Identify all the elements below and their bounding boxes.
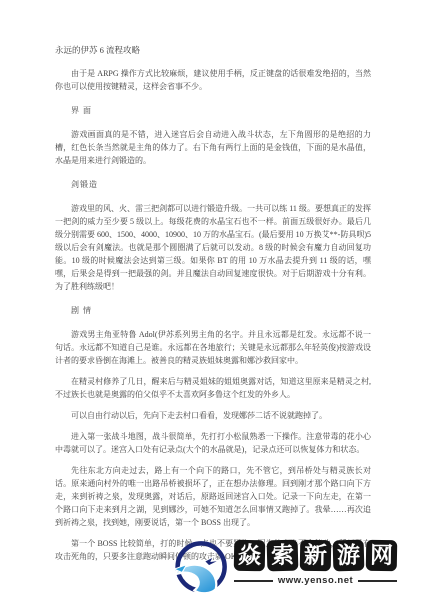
- section-heading: 界 面: [55, 104, 371, 117]
- site-url-row: www.yenso.net: [234, 575, 397, 586]
- article-paragraph: 进入第一张战斗地图，战斗很简单，先打打小松鼠熟悉一下操作。注意带毒的花小心中毒就…: [55, 430, 371, 456]
- bird-icon: [204, 557, 220, 566]
- section-heading: 剑锻造: [55, 178, 371, 191]
- article-paragraph: 游戏里的风、火、雷三把剑都可以进行锻造升级。一共可以练 11 级。要想真正的发挥…: [55, 202, 371, 293]
- article-paragraph: 游戏男主角亚特鲁 Adol(伊苏系列男主角的名字。并且永远都是红发。永远都不说一…: [55, 328, 371, 367]
- article: 永远的伊苏 6 流程攻略 由于是 ARPG 操作方式比较麻烦，建议使用手柄，反正…: [55, 44, 371, 571]
- article-blocks: 由于是 ARPG 操作方式比较麻烦，建议使用手柄，反正键盘的话很难发绝招的，当然…: [55, 67, 371, 563]
- article-paragraph: 先往东北方向走过去，路上有一个向下的路口，先不管它，到吊桥处与精灵族长对话。原来…: [55, 464, 371, 529]
- stamp-char: 网: [366, 540, 398, 572]
- stamp-char: 索: [267, 540, 299, 572]
- document-page: 永远的伊苏 6 流程攻略 由于是 ARPG 操作方式比较麻烦，建议使用手柄，反正…: [0, 0, 423, 600]
- section-heading: 剧 情: [55, 304, 371, 317]
- stamp-char: 游: [333, 540, 365, 572]
- article-paragraph: 游戏画面真的是不错，进入迷宫后会自动进入战斗状态，左下角圆形的是绝招的力槽，红色…: [55, 128, 371, 167]
- url-divider-left: [234, 580, 273, 582]
- page-title: 永远的伊苏 6 流程攻略: [55, 44, 371, 57]
- article-paragraph: 可以自由行动以后，先向下走去村口看看，发现娜莎二话不说就跑掉了。: [55, 409, 371, 422]
- url-divider-right: [358, 580, 397, 582]
- article-paragraph: 在精灵村修养了几日，醒来后与精灵姐妹的姐姐奥露对话，知道这里原来是精灵之村,不过…: [55, 375, 371, 401]
- site-name: 焱索新游网: [234, 540, 397, 571]
- stamp-char: 焱: [234, 540, 266, 572]
- site-url: www.yenso.net: [273, 575, 358, 586]
- site-logo: [172, 540, 228, 596]
- article-paragraph: 由于是 ARPG 操作方式比较麻烦，建议使用手柄，反正键盘的话很难发绝招的，当然…: [55, 67, 371, 93]
- logo-circle-icon: [172, 540, 228, 596]
- watermark: 焱索新游网 www.yenso.net: [172, 540, 416, 598]
- site-name-stamps: 焱索新游网 www.yenso.net: [234, 540, 397, 586]
- stamp-char: 新: [300, 540, 332, 572]
